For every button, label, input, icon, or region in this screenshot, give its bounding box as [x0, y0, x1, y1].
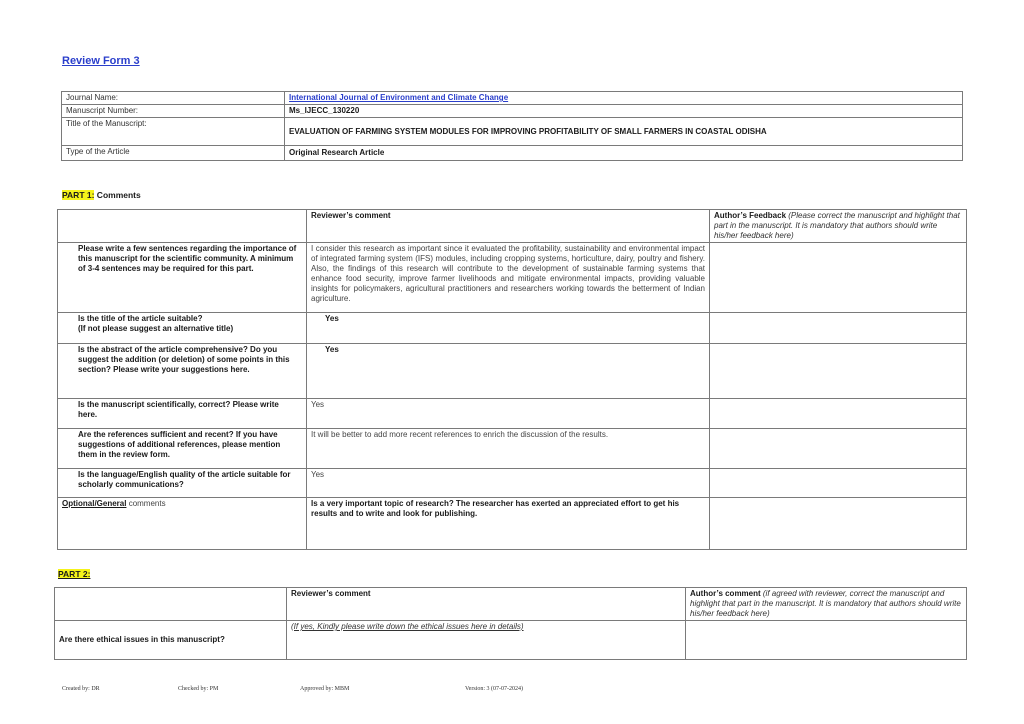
footer-created-by: Created by: DR: [62, 686, 100, 692]
part2-ethics-table: Reviewer’s comment Author’s comment (if …: [54, 587, 967, 660]
author-comment-ethical[interactable]: [686, 621, 967, 660]
manuscript-title-label: Title of the Manuscript:: [62, 118, 285, 146]
part1-header-empty: [58, 210, 307, 243]
table-row: Is the abstract of the article comprehen…: [58, 344, 967, 399]
comment-importance: I consider this research as important si…: [307, 243, 710, 313]
article-type-value: Original Research Article: [285, 146, 963, 161]
author-feedback-abstract[interactable]: [710, 344, 967, 399]
part1-highlight: PART 1:: [62, 190, 94, 200]
comment-language: Yes: [307, 469, 710, 498]
question-language: Is the language/English quality of the a…: [58, 469, 307, 498]
table-row: Optional/General comments Is a very impo…: [58, 498, 967, 550]
footer-version: Version: 3 (07-07-2024): [465, 686, 523, 692]
author-feedback-language[interactable]: [710, 469, 967, 498]
manuscript-info-table: Journal Name: International Journal of E…: [61, 91, 963, 161]
part2-heading: PART 2:: [58, 569, 90, 579]
manuscript-title-value: EVALUATION OF FARMING SYSTEM MODULES FOR…: [285, 118, 963, 146]
manuscript-number-value: Ms_IJECC_130220: [285, 105, 963, 118]
question-abstract: Is the abstract of the article comprehen…: [58, 344, 307, 399]
journal-name-label: Journal Name:: [62, 92, 285, 105]
optional-general-underlined: Optional/General: [62, 499, 126, 508]
part1-subtitle: Comments: [94, 190, 140, 200]
comment-title-suitable: Yes: [307, 313, 710, 344]
author-feedback-scientific[interactable]: [710, 399, 967, 429]
table-row: Are the references sufficient and recent…: [58, 429, 967, 469]
part1-header-author: Author’s Feedback (Please correct the ma…: [710, 210, 967, 243]
table-row: Is the title of the article suitable? (I…: [58, 313, 967, 344]
author-feedback-title: Author’s Feedback: [714, 211, 786, 220]
part2-header-author: Author’s comment (if agreed with reviewe…: [686, 588, 967, 621]
part1-header-reviewer: Reviewer’s comment: [307, 210, 710, 243]
comment-references: It will be better to add more recent ref…: [307, 429, 710, 469]
journal-name-link[interactable]: International Journal of Environment and…: [289, 93, 508, 102]
comment-scientific: Yes: [307, 399, 710, 429]
table-row: Please write a few sentences regarding t…: [58, 243, 967, 313]
form-title: Review Form 3: [62, 55, 140, 67]
part1-comments-table: Reviewer’s comment Author’s Feedback (Pl…: [57, 209, 967, 550]
author-feedback-references[interactable]: [710, 429, 967, 469]
comment-optional: Is a very important topic of research? T…: [307, 498, 710, 550]
footer-approved-by: Approved by: MBM: [300, 686, 349, 692]
comment-abstract: Yes: [307, 344, 710, 399]
journal-name-value: International Journal of Environment and…: [285, 92, 963, 105]
footer-checked-by: Checked by: PM: [178, 686, 218, 692]
optional-general-label: Optional/General comments: [58, 498, 307, 550]
question-ethical: Are there ethical issues in this manuscr…: [55, 621, 287, 660]
comment-ethical: (If yes, Kindly please write down the et…: [287, 621, 686, 660]
optional-comments-text: comments: [126, 499, 165, 508]
question-scientific: Is the manuscript scientifically, correc…: [58, 399, 307, 429]
part2-header-empty: [55, 588, 287, 621]
part2-header-reviewer: Reviewer’s comment: [287, 588, 686, 621]
table-row: Is the manuscript scientifically, correc…: [58, 399, 967, 429]
question-references: Are the references sufficient and recent…: [58, 429, 307, 469]
part1-heading: PART 1: Comments: [62, 190, 141, 200]
table-row: Are there ethical issues in this manuscr…: [55, 621, 967, 660]
author-feedback-optional[interactable]: [710, 498, 967, 550]
author-feedback-importance[interactable]: [710, 243, 967, 313]
author-feedback-title[interactable]: [710, 313, 967, 344]
table-row: Is the language/English quality of the a…: [58, 469, 967, 498]
author-comment-title: Author’s comment: [690, 589, 761, 598]
article-type-label: Type of the Article: [62, 146, 285, 161]
part2-highlight: PART 2:: [58, 569, 90, 579]
manuscript-number-label: Manuscript Number:: [62, 105, 285, 118]
question-title-suitable: Is the title of the article suitable? (I…: [58, 313, 307, 344]
question-importance: Please write a few sentences regarding t…: [58, 243, 307, 313]
